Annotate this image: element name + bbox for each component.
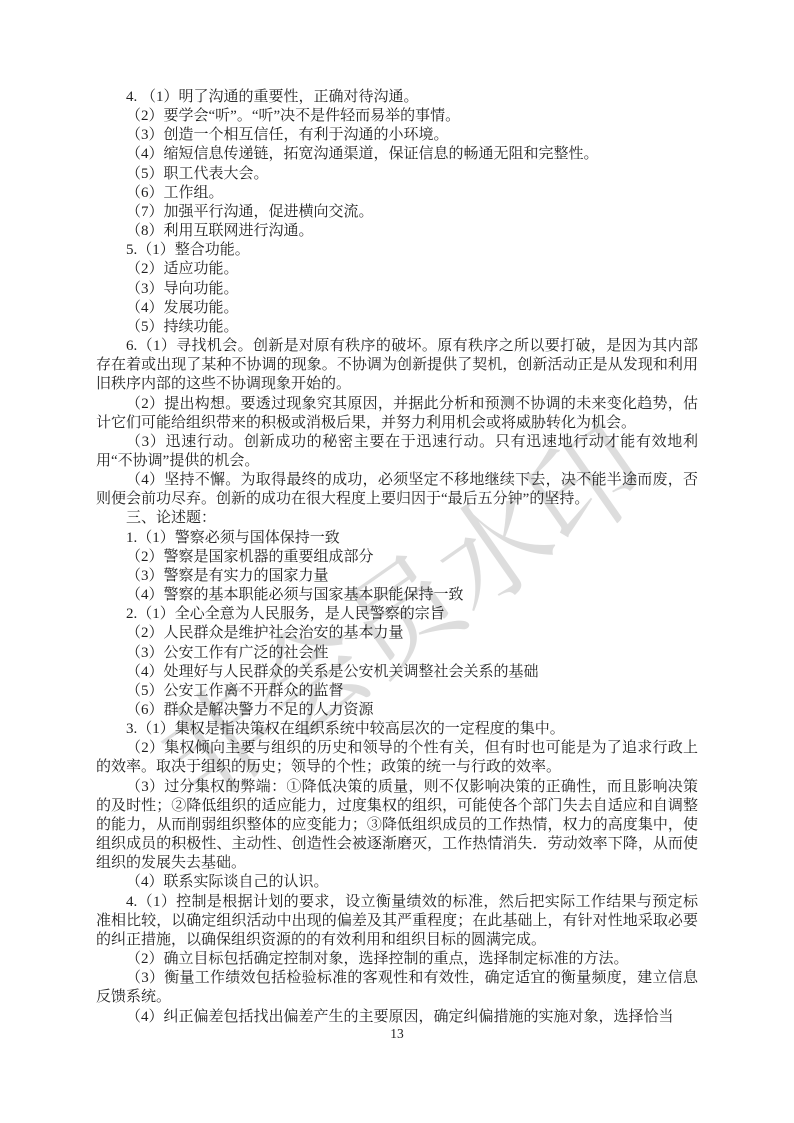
paragraph: 5.（1）整合功能。: [96, 241, 698, 260]
page-number: 13: [0, 1026, 794, 1042]
paragraph: （4）警察的基本职能必须与国家基本职能保持一致: [96, 586, 698, 605]
paragraph: （3）过分集权的弊端：①降低决策的质量，则不仅影响决策的正确性，而且影响决策的及…: [96, 778, 698, 874]
paragraph: （6）工作组。: [96, 184, 698, 203]
paragraph: （3）创造一个相互信任，有利于沟通的小环境。: [96, 126, 698, 145]
paragraph: 4. （1）明了沟通的重要性，正确对待沟通。: [96, 88, 698, 107]
paragraph: （2）适应功能。: [96, 260, 698, 279]
paragraph: （8）利用互联网进行沟通。: [96, 222, 698, 241]
paragraph: （2）人民群众是维护社会治安的基本力量: [96, 624, 698, 643]
paragraph: （4）坚持不懈。为取得最终的成功，必须坚定不移地继续下去，决不能半途而废，否则便…: [96, 471, 698, 509]
paragraph: （3）导向功能。: [96, 280, 698, 299]
paragraph: （4）联系实际谈自己的认识。: [96, 873, 698, 892]
paragraph: （7）加强平行沟通，促进横向交流。: [96, 203, 698, 222]
paragraph: （2）确立目标包括确定控制对象，选择控制的重点，选择制定标准的方法。: [96, 950, 698, 969]
paragraph: （3）警察是有实力的国家力量: [96, 567, 698, 586]
paragraph: 4.（1）控制是根据计划的要求，设立衡量绩效的标准，然后把实际工作结果与预定标准…: [96, 893, 698, 950]
paragraph: （3）迅速行动。创新成功的秘密主要在于迅速行动。只有迅速地行动才能有效地利用“不…: [96, 433, 698, 471]
paragraph: （5）职工代表大会。: [96, 165, 698, 184]
paragraph: （3）公安工作有广泛的社会性: [96, 644, 698, 663]
paragraph: （6）群众是解决警力不足的人力资源: [96, 701, 698, 720]
paragraph: 2.（1）全心全意为人民服务，是人民警察的宗旨: [96, 605, 698, 624]
paragraph: （2）警察是国家机器的重要组成部分: [96, 548, 698, 567]
paragraph: （4）处理好与人民群众的关系是公安机关调整社会关系的基础: [96, 663, 698, 682]
paragraph: 1.（1）警察必须与国体保持一致: [96, 529, 698, 548]
paragraph: （4）纠正偏差包括找出偏差产生的主要原因，确定纠偏措施的实施对象，选择恰当: [96, 1008, 698, 1027]
document-page: 非会员水印 4. （1）明了沟通的重要性，正确对待沟通。 （2）要学会“听”。“…: [0, 0, 794, 1123]
section-heading: 三、论述题：: [96, 509, 698, 528]
paragraph: （4）缩短信息传递链，拓宽沟通渠道，保证信息的畅通无阻和完整性。: [96, 145, 698, 164]
paragraph: （5）公安工作离不开群众的监督: [96, 682, 698, 701]
paragraph: （2）提出构想。要透过现象究其原因，并据此分析和预测不协调的未来变化趋势，估计它…: [96, 395, 698, 433]
paragraph: （5）持续功能。: [96, 318, 698, 337]
paragraph: （3）衡量工作绩效包括检验标准的客观性和有效性，确定适宜的衡量频度，建立信息反馈…: [96, 969, 698, 1007]
paragraph: 6.（1）寻找机会。创新是对原有秩序的破坏。原有秩序之所以要打破，是因为其内部存…: [96, 337, 698, 394]
paragraph: （2）要学会“听”。“听”决不是件轻而易举的事情。: [96, 107, 698, 126]
paragraph: 3.（1）集权是指决策权在组织系统中较高层次的一定程度的集中。: [96, 720, 698, 739]
document-body: 4. （1）明了沟通的重要性，正确对待沟通。 （2）要学会“听”。“听”决不是件…: [96, 88, 698, 1027]
paragraph: （4）发展功能。: [96, 299, 698, 318]
paragraph: （2）集权倾向主要与组织的历史和领导的个性有关，但有时也可能是为了追求行政上的效…: [96, 739, 698, 777]
